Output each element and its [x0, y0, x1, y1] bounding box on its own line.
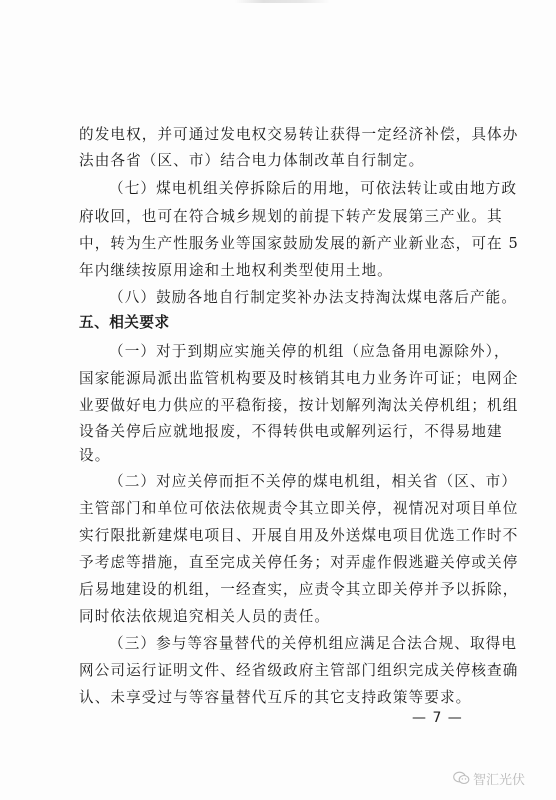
page-number: — 7 —	[412, 708, 463, 728]
paragraph-8: （八）鼓励各地自行制定奖补办法支持淘汰煤电落后产能。	[109, 288, 476, 308]
body-text-line: 法由各省（区、市）结合电力体制改革自行制定。	[79, 151, 476, 171]
requirement-3-start: （三）参与等容量替代的关停机组应满足合法合规、取得电	[109, 634, 476, 654]
paragraph-7-start: （七）煤电机组关停拆除后的用地，可依法转让或由地方政	[109, 179, 476, 199]
body-text-line: 中，转为生产性服务业等国家鼓励发展的新产业新业态，可在 5	[79, 234, 476, 254]
body-text-line: 后易地建设的机组，一经查实，应责令其立即关停并予以拆除，	[79, 580, 476, 600]
body-text-line: 业要做好电力供应的平稳衔接，按计划解列淘汰关停机组；机组	[79, 396, 476, 416]
body-text-line: 设备关停后应就地报废，不得转供电或解列运行，不得易地建	[79, 422, 476, 442]
body-text-line: 予考虑等措施，直至完成关停任务；对弄虚作假逃避关停或关停	[79, 553, 476, 573]
body-text-line: 同时依法依规追究相关人员的责任。	[79, 607, 476, 627]
watermark-text: 智汇光伏	[473, 769, 525, 788]
body-text-line: 府收回，也可在符合城乡规划的前提下转产发展第三产业。其	[79, 207, 476, 227]
requirement-2-start: （二）对应关停而拒不关停的煤电机组，相关省（区、市）	[109, 472, 476, 492]
body-text-line: 实行限批新建煤电项目、开展自用及外送煤电项目优选工作时不	[79, 526, 476, 546]
body-text-line: 年内继续按原用途和土地权利类型使用土地。	[79, 261, 476, 281]
wechat-icon	[453, 771, 470, 785]
body-text-line: 设。	[79, 446, 476, 466]
section-heading: 五、相关要求	[79, 313, 476, 333]
body-text-line: 的发电权，并可通过发电权交易转让获得一定经济补偿，具体办	[79, 125, 476, 145]
body-text-line: 国家能源局派出监管机构要及时核销其电力业务许可证；电网企	[79, 369, 476, 389]
body-text-line: 主管部门和单位可依法依规责令其立即关停，视情况对项目单位	[79, 499, 476, 519]
body-text-line: 认、未享受过与等容量替代互斥的其它支持政策等要求。	[79, 688, 476, 708]
body-text-line: 网公司运行证明文件、经省级政府主管部门组织完成关停核查确	[79, 661, 476, 681]
requirement-1-start: （一）对于到期应实施关停的机组（应急备用电源除外），	[109, 342, 476, 362]
document-page: 的发电权，并可通过发电权交易转让获得一定经济补偿，具体办 法由各省（区、市）结合…	[0, 0, 556, 800]
scan-artifact	[235, 0, 330, 3]
watermark: 智汇光伏	[453, 768, 525, 788]
